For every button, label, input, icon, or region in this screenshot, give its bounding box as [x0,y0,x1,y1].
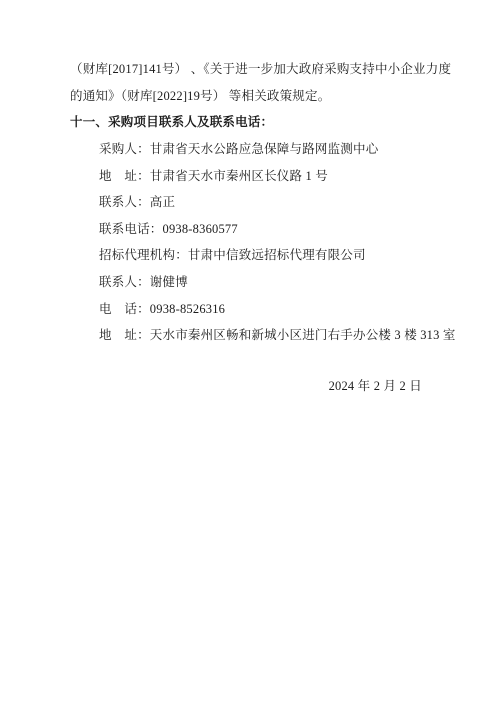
contact-line-purchaser-contact-person: 联系人：高正 [99,189,430,216]
contact-line-agency-contact-person: 联系人：谢健博 [99,269,430,296]
contact-line-purchaser-phone: 联系电话：0938-8360577 [99,216,430,243]
section-heading-contacts: 十一、采购项目联系人及联系电话： [70,109,430,136]
contact-line-agency-address: 地 址：天水市秦州区畅和新城小区进门右手办公楼 3 楼 313 室 [99,322,430,349]
contact-line-purchaser: 采购人：甘肃省天水公路应急保障与路网监测中心 [99,136,430,163]
policy-reference-line-1: （财库[2017]141号） 、《关于进一步加大政府采购支持中小企业力度 [70,56,430,83]
contact-line-agency-phone: 电 话：0938-8526316 [99,296,430,323]
document-date: 2024 年 2 月 2 日 [70,373,430,400]
contact-line-purchaser-address: 地 址：甘肃省天水市秦州区长仪路 1 号 [99,163,430,190]
policy-reference-line-2: 的通知》（财库[2022]19号） 等相关政策规定。 [70,83,430,110]
document-page: （财库[2017]141号） 、《关于进一步加大政府采购支持中小企业力度 的通知… [0,0,500,706]
contact-line-agency: 招标代理机构：甘肃中信致远招标代理有限公司 [99,242,430,269]
